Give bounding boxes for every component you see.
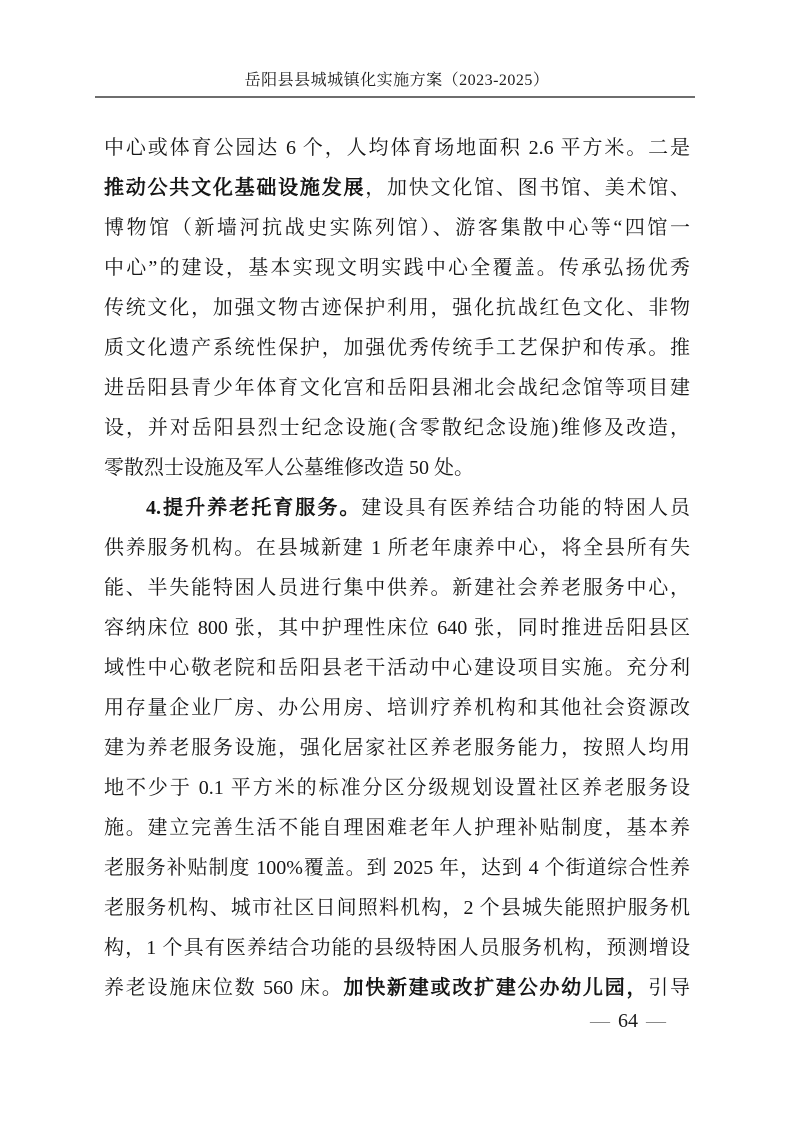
body-text: 质文化遗产系统性保护，加强优秀传统手工艺保护和传承。推 [104, 337, 690, 359]
text-line: 域性中心敬老院和岳阳县老干活动中心建设项目实施。充分利 [104, 648, 690, 688]
text-line: 设，并对岳阳县烈士纪念设施(含零散纪念设施)维修及改造， [104, 408, 690, 448]
text-line: 进岳阳县青少年体育文化宫和岳阳县湘北会战纪念馆等项目建 [104, 368, 690, 408]
emphasis-text: 推动公共文化基础设施发展 [104, 177, 365, 199]
header-rule [95, 96, 695, 98]
text-line: 容纳床位 800 张，其中护理性床位 640 张，同时推进岳阳县区 [104, 608, 690, 648]
emphasis-text: 4.提升养老托育服务。 [146, 497, 361, 519]
body-text: 容纳床位 800 张，其中护理性床位 640 张，同时推进岳阳县区 [104, 617, 690, 639]
text-line: 传统文化，加强文物古迹保护利用，强化抗战红色文化、非物 [104, 288, 690, 328]
body-text: 中心”的建设，基本实现文明实践中心全覆盖。传承弘扬优秀 [104, 257, 690, 279]
body-text: 域性中心敬老院和岳阳县老干活动中心建设项目实施。充分利 [104, 657, 690, 679]
text-line: 老服务补贴制度 100%覆盖。到 2025 年，达到 4 个街道综合性养 [104, 848, 690, 888]
text-line: 地不少于 0.1 平方米的标准分区分级规划设置社区养老服务设 [104, 768, 690, 808]
text-line: 能、半失能特困人员进行集中供养。新建社会养老服务中心， [104, 568, 690, 608]
text-line: 施。建立完善生活不能自理困难老年人护理补贴制度，基本养 [104, 808, 690, 848]
body-text: 施。建立完善生活不能自理困难老年人护理补贴制度，基本养 [104, 817, 690, 839]
document-header-title: 岳阳县县城城镇化实施方案（2023-2025） [0, 70, 794, 92]
text-line: 建为养老服务设施，强化居家社区养老服务能力，按照人均用 [104, 728, 690, 768]
text-line: 中心或体育公园达 6 个，人均体育场地面积 2.6 平方米。二是 [104, 128, 690, 168]
document-page: 岳阳县县城城镇化实施方案（2023-2025） 中心或体育公园达 6 个，人均体… [0, 0, 794, 1122]
body-text: 供养服务机构。在县城新建 1 所老年康养中心，将全县所有失 [104, 537, 690, 559]
text-line: 中心”的建设，基本实现文明实践中心全覆盖。传承弘扬优秀 [104, 248, 690, 288]
text-line: 博物馆（新墙河抗战史实陈列馆）、游客集散中心等“四馆一 [104, 208, 690, 248]
body-text: 老服务机构、城市社区日间照料机构，2 个县城失能照护服务机 [104, 897, 690, 919]
body-text: 引导 [648, 977, 690, 999]
body-text: 传统文化，加强文物古迹保护利用，强化抗战红色文化、非物 [104, 297, 690, 319]
text-line: 推动公共文化基础设施发展，加快文化馆、图书馆、美术馆、 [104, 168, 690, 208]
body-text: 设，并对岳阳县烈士纪念设施(含零散纪念设施)维修及改造， [104, 417, 690, 439]
body-text: 能、半失能特困人员进行集中供养。新建社会养老服务中心， [104, 577, 690, 599]
document-body: 中心或体育公园达 6 个，人均体育场地面积 2.6 平方米。二是推动公共文化基础… [104, 128, 690, 1008]
body-text: 进岳阳县青少年体育文化宫和岳阳县湘北会战纪念馆等项目建 [104, 377, 690, 399]
body-text: 零散烈士设施及军人公墓维修改造 50 处。 [104, 457, 474, 479]
page-number: 64 [618, 1010, 638, 1032]
emphasis-text: 加快新建或改扩建公办幼儿园， [343, 977, 648, 999]
page-footer: —64— [582, 1008, 674, 1034]
body-text: 中心或体育公园达 6 个，人均体育场地面积 2.6 平方米。二是 [104, 137, 690, 159]
page-number-right-dash: — [638, 1010, 674, 1032]
page-number-left-dash: — [582, 1010, 618, 1032]
text-line: 构，1 个具有医养结合功能的县级特困人员服务机构，预测增设 [104, 928, 690, 968]
text-line: 4.提升养老托育服务。建设具有医养结合功能的特困人员 [104, 488, 690, 528]
body-text: 建设具有医养结合功能的特困人员 [361, 497, 690, 519]
text-line: 零散烈士设施及军人公墓维修改造 50 处。 [104, 448, 690, 488]
text-line: 老服务机构、城市社区日间照料机构，2 个县城失能照护服务机 [104, 888, 690, 928]
body-text: 养老设施床位数 560 床。 [104, 977, 343, 999]
body-text: ，加快文化馆、图书馆、美术馆、 [365, 177, 690, 199]
text-line: 养老设施床位数 560 床。加快新建或改扩建公办幼儿园，引导 [104, 968, 690, 1008]
text-line: 供养服务机构。在县城新建 1 所老年康养中心，将全县所有失 [104, 528, 690, 568]
body-text: 构，1 个具有医养结合功能的县级特困人员服务机构，预测增设 [104, 937, 690, 959]
body-text: 建为养老服务设施，强化居家社区养老服务能力，按照人均用 [104, 737, 690, 759]
body-text: 博物馆（新墙河抗战史实陈列馆）、游客集散中心等“四馆一 [104, 217, 690, 239]
text-line: 用存量企业厂房、办公用房、培训疗养机构和其他社会资源改 [104, 688, 690, 728]
body-text: 用存量企业厂房、办公用房、培训疗养机构和其他社会资源改 [104, 697, 690, 719]
text-line: 质文化遗产系统性保护，加强优秀传统手工艺保护和传承。推 [104, 328, 690, 368]
body-text: 老服务补贴制度 100%覆盖。到 2025 年，达到 4 个街道综合性养 [104, 857, 690, 879]
body-text: 地不少于 0.1 平方米的标准分区分级规划设置社区养老服务设 [104, 777, 690, 799]
